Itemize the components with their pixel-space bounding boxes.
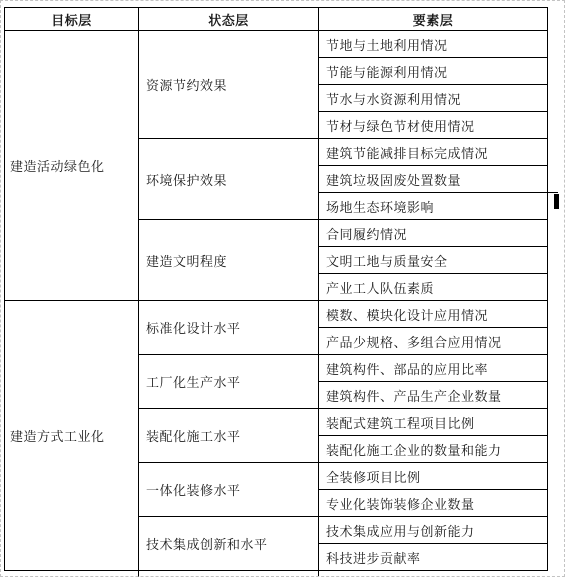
element-layer-cell: 装配式建筑工程项目比例 <box>319 409 548 436</box>
header-status-layer: 状态层 <box>139 8 319 31</box>
element-layer-cell: 产品少规格、多组合应用情况 <box>319 328 548 355</box>
element-layer-cell: 技术集成应用与创新能力 <box>319 517 548 544</box>
border-artifact-bar <box>554 194 559 209</box>
element-layer-cell: 专业化装饰装修企业数量 <box>319 490 548 517</box>
element-layer-cell: 建筑垃圾固废处置数量 <box>319 166 548 193</box>
element-layer-cell: 合同履约情况 <box>319 220 548 247</box>
status-layer-cell: 资源节约效果 <box>139 31 319 139</box>
element-layer-cell: 建筑构件、部品的应用比率 <box>319 355 548 382</box>
element-layer-cell: 节材与绿色节材使用情况 <box>319 112 548 139</box>
screenshot-canvas: 目标层 状态层 要素层 建造活动绿色化资源节约效果节地与土地利用情况节能与能源利… <box>0 0 565 577</box>
element-layer-cell: 产业工人队伍素质 <box>319 274 548 301</box>
border-artifact-line <box>547 192 558 193</box>
status-layer-cell: 环境保护效果 <box>139 139 319 220</box>
status-layer-cell: 一体化装修水平 <box>139 463 319 517</box>
element-layer-cell: 建筑节能减排目标完成情况 <box>319 139 548 166</box>
status-layer-cell: 工厂化生产水平 <box>139 355 319 409</box>
status-layer-cell: 装配化施工水平 <box>139 409 319 463</box>
cutoff-row-gridline-stub <box>318 570 319 577</box>
element-layer-cell: 节地与土地利用情况 <box>319 31 548 58</box>
element-layer-cell: 模数、模块化设计应用情况 <box>319 301 548 328</box>
status-layer-cell: 技术集成创新和水平 <box>139 517 319 571</box>
status-layer-cell: 标准化设计水平 <box>139 301 319 355</box>
cutoff-row-gridline-stub <box>138 570 139 577</box>
element-layer-cell: 节能与能源利用情况 <box>319 58 548 85</box>
element-layer-cell: 全装修项目比例 <box>319 463 548 490</box>
table-row: 建造活动绿色化资源节约效果节地与土地利用情况 <box>5 31 548 58</box>
table-row: 建造方式工业化标准化设计水平模数、模块化设计应用情况 <box>5 301 548 328</box>
element-layer-cell: 节水与水资源利用情况 <box>319 85 548 112</box>
target-layer-cell: 建造方式工业化 <box>5 301 139 571</box>
element-layer-cell: 装配化施工企业的数量和能力 <box>319 436 548 463</box>
header-element-layer: 要素层 <box>319 8 548 31</box>
element-layer-cell: 场地生态环境影响 <box>319 193 548 220</box>
evaluation-index-table: 目标层 状态层 要素层 建造活动绿色化资源节约效果节地与土地利用情况节能与能源利… <box>4 7 548 571</box>
target-layer-cell: 建造活动绿色化 <box>5 31 139 301</box>
table-body: 建造活动绿色化资源节约效果节地与土地利用情况节能与能源利用情况节水与水资源利用情… <box>5 31 548 571</box>
status-layer-cell: 建造文明程度 <box>139 220 319 301</box>
element-layer-cell: 建筑构件、产品生产企业数量 <box>319 382 548 409</box>
element-layer-cell: 文明工地与质量安全 <box>319 247 548 274</box>
header-target-layer: 目标层 <box>5 8 139 31</box>
header-row: 目标层 状态层 要素层 <box>5 8 548 31</box>
element-layer-cell: 科技进步贡献率 <box>319 544 548 571</box>
